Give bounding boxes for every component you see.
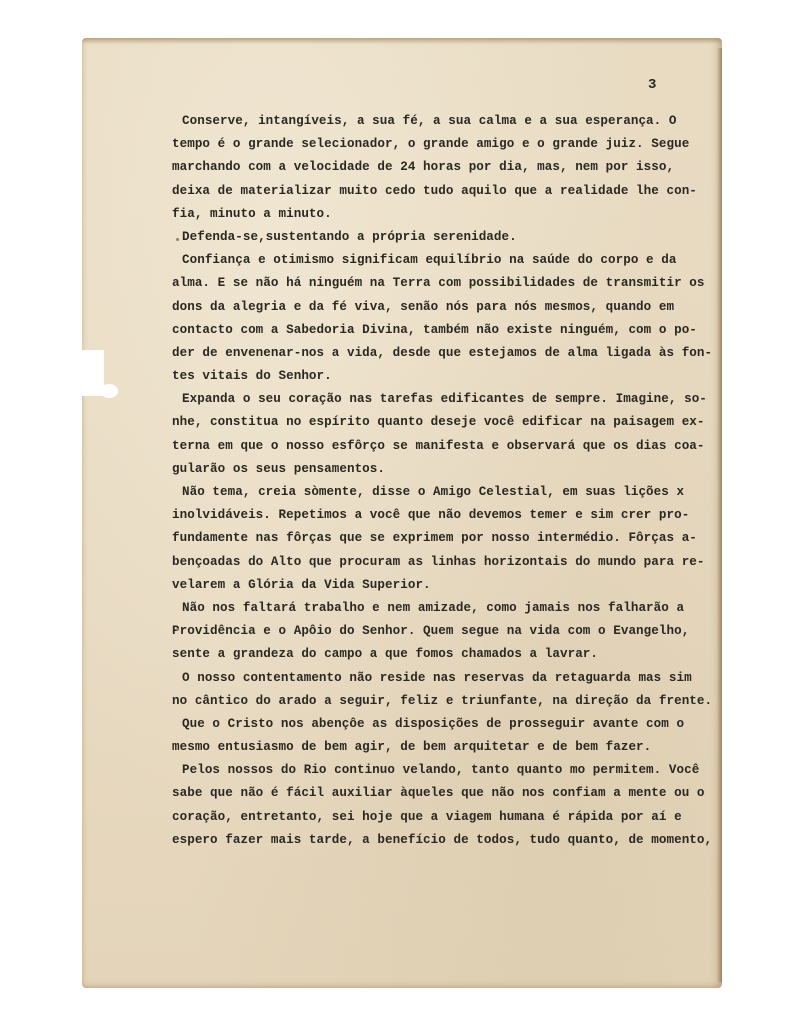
text-line: der de envenenar-nos a vida, desde que e… — [172, 342, 732, 365]
paper-tear-hole — [100, 384, 118, 398]
text-line: deixa de materializar muito cedo tudo aq… — [172, 180, 732, 203]
text-line: Confiança e otimismo significam equilíbr… — [172, 249, 732, 272]
paragraph: Confiança e otimismo significam equilíbr… — [172, 249, 732, 388]
text-line: Expanda o seu coração nas tarefas edific… — [172, 388, 732, 411]
paragraph: Não nos faltará trabalho e nem amizade, … — [172, 597, 732, 667]
paragraph: Não tema, creia sòmente, disse o Amigo C… — [172, 481, 732, 597]
text-line: no cântico do arado a seguir, feliz e tr… — [172, 690, 732, 713]
text-line: sabe que não é fácil auxiliar àqueles qu… — [172, 782, 732, 805]
text-line: alma. E se não há ninguém na Terra com p… — [172, 272, 732, 295]
text-line: fundamente nas fôrças que se exprimem po… — [172, 527, 732, 550]
paragraph: Conserve, intangíveis, a sua fé, a sua c… — [172, 110, 732, 226]
paragraph: Defenda-se,sustentando a própria serenid… — [172, 226, 732, 249]
ink-speck — [176, 238, 179, 241]
paragraph: O nosso contentamento não reside nas res… — [172, 667, 732, 713]
page-number: 3 — [648, 77, 656, 93]
text-line: fia, minuto a minuto. — [172, 203, 732, 226]
text-line: dons da alegria e da fé viva, senão nós … — [172, 296, 732, 319]
text-line: inolvidáveis. Repetimos a você que não d… — [172, 504, 732, 527]
text-line: Providência e o Apôio do Senhor. Quem se… — [172, 620, 732, 643]
text-line: bençoadas do Alto que procuram as linhas… — [172, 551, 732, 574]
document-body: Conserve, intangíveis, a sua fé, a sua c… — [172, 110, 732, 852]
text-line: contacto com a Sabedoria Divina, também … — [172, 319, 732, 342]
ink-speck — [176, 628, 179, 631]
text-line: sente a grandeza do campo a que fomos ch… — [172, 643, 732, 666]
paragraph: Pelos nossos do Rio continuo velando, ta… — [172, 759, 732, 852]
text-line: gularão os seus pensamentos. — [172, 458, 732, 481]
text-line: Defenda-se,sustentando a própria serenid… — [172, 226, 732, 249]
text-line: coração, entretanto, sei hoje que a viag… — [172, 806, 732, 829]
text-line: Pelos nossos do Rio continuo velando, ta… — [172, 759, 732, 782]
text-line: marchando com a velocidade de 24 horas p… — [172, 156, 732, 179]
text-line: tes vitais do Senhor. — [172, 365, 732, 388]
text-line: nhe, constitua no espírito quanto deseje… — [172, 411, 732, 434]
text-line: mesmo entusiasmo de bem agir, de bem arq… — [172, 736, 732, 759]
text-line: espero fazer mais tarde, a benefício de … — [172, 829, 732, 852]
text-line: Que o Cristo nos abençôe as disposições … — [172, 713, 732, 736]
paragraph: Que o Cristo nos abençôe as disposições … — [172, 713, 732, 759]
text-line: Não tema, creia sòmente, disse o Amigo C… — [172, 481, 732, 504]
text-line: Conserve, intangíveis, a sua fé, a sua c… — [172, 110, 732, 133]
paragraph: Expanda o seu coração nas tarefas edific… — [172, 388, 732, 481]
text-line: O nosso contentamento não reside nas res… — [172, 667, 732, 690]
text-line: tempo é o grande selecionador, o grande … — [172, 133, 732, 156]
text-line: terna em que o nosso esfôrço se manifest… — [172, 435, 732, 458]
page-stain-top — [82, 38, 722, 44]
text-line: Não nos faltará trabalho e nem amizade, … — [172, 597, 732, 620]
text-line: velarem a Glória da Vida Superior. — [172, 574, 732, 597]
